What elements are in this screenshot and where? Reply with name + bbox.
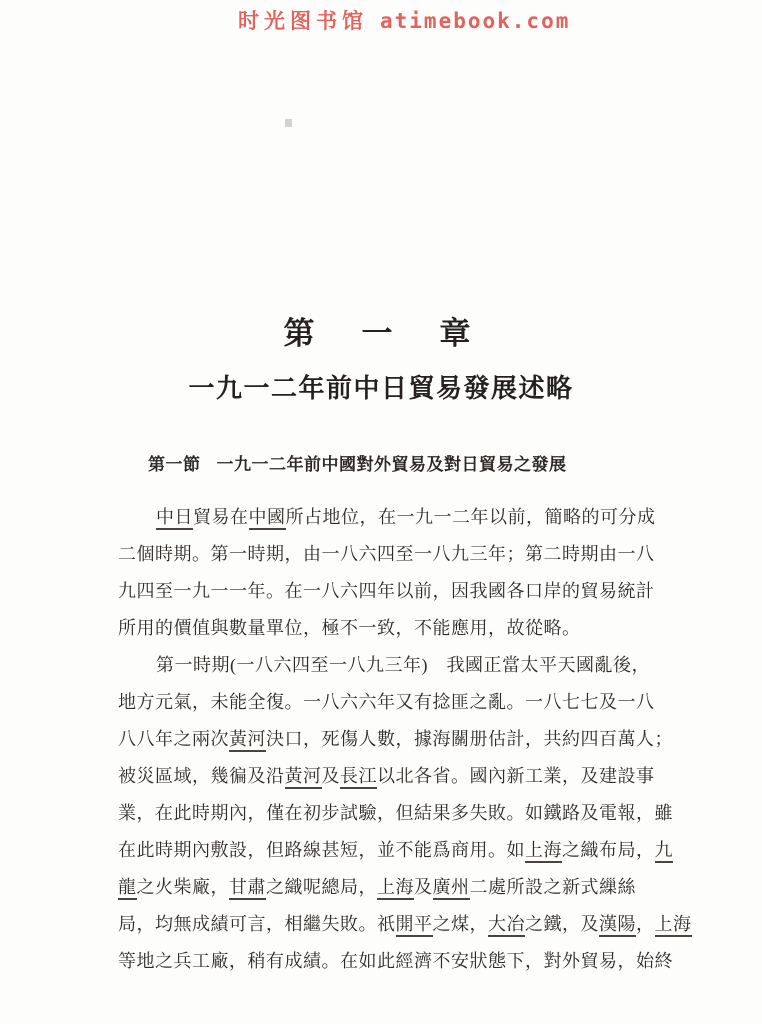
proper-noun-underline: 上海	[377, 877, 414, 900]
proper-noun-underline: 龍	[118, 877, 137, 900]
proper-noun-underline: 上海	[655, 914, 692, 937]
body-text-segment: 及	[322, 766, 341, 786]
body-text-line: 中日貿易在中國所占地位，在一九一二年以前，簡略的可分成	[118, 499, 648, 536]
proper-noun-underline: 長江	[340, 766, 377, 789]
body-text-segment: 第一時期(一八六四至一八九三年) 我國正當太平天國亂後，	[156, 655, 650, 675]
watermark-site-url: atimebook.com	[380, 9, 570, 33]
body-text-line: 第一時期(一八六四至一八九三年) 我國正當太平天國亂後，	[118, 647, 648, 684]
proper-noun-underline: 甘肅	[229, 877, 266, 900]
proper-noun-underline: 黃河	[229, 729, 266, 752]
body-text-segment: 九四至一九一一年。在一八六四年以前，因我國各口岸的貿易統計	[118, 581, 655, 601]
proper-noun-underline: 上海	[525, 840, 562, 863]
body-text-line: 八八年之兩次黃河決口，死傷人數，據海關册估計，共約四百萬人；	[118, 721, 648, 758]
proper-noun-underline: 九	[655, 840, 674, 863]
body-text-segment: 八八年之兩次	[118, 729, 229, 749]
body-text-segment: 地方元氣，未能全復。一八六六年又有捻匪之亂。一八七七及一八	[118, 692, 655, 712]
body-text-segment: ，	[636, 914, 655, 934]
body-text-line: 地方元氣，未能全復。一八六六年又有捻匪之亂。一八七七及一八	[118, 684, 648, 721]
body-text-segment: 之煤，	[433, 914, 489, 934]
section-number: 第一節	[148, 455, 201, 474]
chapter-title: 第 一 章	[0, 308, 762, 353]
body-text-line: 二個時期。第一時期，由一八六四至一八九三年；第二時期由一八	[118, 536, 648, 573]
body-text-segment: 在此時期內敷設，但路線甚短，並不能爲商用。如	[118, 840, 525, 860]
body-text-line: 在此時期內敷設，但路線甚短，並不能爲商用。如上海之織布局，九	[118, 832, 648, 869]
body-text-line: 局，均無成績可言，相繼失敗。祇開平之煤，大冶之鐵，及漢陽，上海	[118, 906, 648, 943]
body-text-line: 業，在此時期內，僅在初步試驗，但結果多失敗。如鐵路及電報，雖	[118, 795, 648, 832]
proper-noun-underline: 廣州	[433, 877, 470, 900]
body-text-segment: 所用的價值與數量單位，極不一致，不能應用，故從略。	[118, 618, 581, 638]
body-text-segment: 決口，死傷人數，據海關册估計，共約四百萬人；	[266, 729, 673, 749]
body-text-line: 等地之兵工廠，稍有成績。在如此經濟不安狀態下，對外貿易，始終	[118, 943, 648, 980]
body-text-segment: 局，均無成績可言，相繼失敗。祇	[118, 914, 396, 934]
body-text-segment: 以北各省。國內新工業，及建設事	[377, 766, 655, 786]
body-text-line: 龍之火柴廠，甘肅之織呢總局，上海及廣州二處所設之新式繅絲	[118, 869, 648, 906]
section-title: 一九一二年前中國對外貿易及對日貿易之發展	[217, 455, 567, 474]
page-title: 一九一二年前中日貿易發展述略	[0, 368, 762, 405]
body-text-line: 所用的價值與數量單位，極不一致，不能應用，故從略。	[118, 610, 648, 647]
proper-noun-underline: 開平	[396, 914, 433, 937]
body-text-segment: 二處所設之新式繅絲	[470, 877, 637, 897]
body-text-segment: 及	[414, 877, 433, 897]
scan-artifact-speck	[285, 119, 292, 127]
body-text: 中日貿易在中國所占地位，在一九一二年以前，簡略的可分成二個時期。第一時期，由一八…	[118, 499, 648, 980]
proper-noun-underline: 黃河	[285, 766, 322, 789]
body-text-segment: 業，在此時期內，僅在初步試驗，但結果多失敗。如鐵路及電報，雖	[118, 803, 673, 823]
proper-noun-underline: 大冶	[488, 914, 525, 937]
body-text-segment: 被災區域，幾徧及沿	[118, 766, 285, 786]
body-text-line: 九四至一九一一年。在一八六四年以前，因我國各口岸的貿易統計	[118, 573, 648, 610]
watermark-library-name: 时光图书馆	[238, 9, 368, 33]
body-text-segment: 等地之兵工廠，稍有成績。在如此經濟不安狀態下，對外貿易，始終	[118, 951, 673, 971]
book-page: 时光图书馆atimebook.com 第 一 章 一九一二年前中日貿易發展述略 …	[0, 0, 762, 1024]
body-text-segment: 二個時期。第一時期，由一八六四至一八九三年；第二時期由一八	[118, 544, 655, 564]
body-text-segment: 所占地位，在一九一二年以前，簡略的可分成	[286, 507, 656, 527]
body-text-segment: 之織布局，	[562, 840, 655, 860]
body-text-segment: 貿易在	[193, 507, 249, 527]
proper-noun-underline: 中日	[156, 507, 193, 530]
body-text-segment: 之織呢總局，	[266, 877, 377, 897]
body-text-segment: 之鐵，及	[525, 914, 599, 934]
proper-noun-underline: 中國	[249, 507, 286, 530]
body-text-line: 被災區域，幾徧及沿黃河及長江以北各省。國內新工業，及建設事	[118, 758, 648, 795]
watermark: 时光图书馆atimebook.com	[238, 5, 570, 35]
body-text-segment: 之火柴廠，	[137, 877, 230, 897]
proper-noun-underline: 漢陽	[599, 914, 636, 937]
section-heading: 第一節一九一二年前中國對外貿易及對日貿易之發展	[148, 450, 567, 475]
